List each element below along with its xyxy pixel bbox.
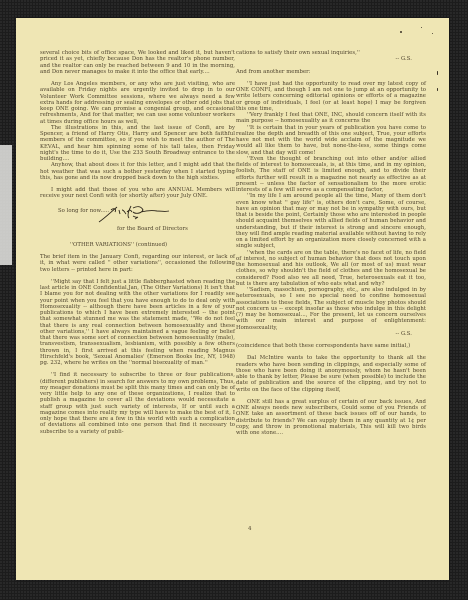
paragraph-intro: The brief item in the January Confi, reg… xyxy=(40,254,235,273)
letter-two-paragraph-5: ''In my life I am around people all the … xyxy=(236,193,426,249)
coincidence-note: (coincidence that both these corresponde… xyxy=(236,343,426,349)
paper-speck xyxy=(437,88,438,91)
letter-two-paragraph-3: ''It is certain that in your years of pu… xyxy=(236,125,426,156)
paper-speck xyxy=(437,71,438,75)
paragraph-volunteers: Any Los Angeles members, or any who are … xyxy=(40,81,235,125)
letter-two-paragraph-4: ''Even the thought of branching out into… xyxy=(236,156,426,194)
signature-block: So long for now..... xyxy=(40,206,235,226)
paragraph-clippings: Dal McIntire wants to take the opportuni… xyxy=(236,355,426,393)
paper-speck xyxy=(432,33,433,34)
paragraph-back-issues: ONE still has a great surplus of certain… xyxy=(236,399,426,437)
paper-speck xyxy=(400,31,402,33)
paragraph-weather: Anyhow, that about does it for this lett… xyxy=(40,162,235,181)
paragraph-annual-members: I might add that those of you who are AN… xyxy=(40,187,235,200)
letter-two-paragraph-6: ''when the cards are on the table, there… xyxy=(236,250,426,288)
letter-two-paragraph-7: ''Sadism, masochism, pornography, etc,, … xyxy=(236,287,426,331)
page-number: 4 xyxy=(248,526,252,532)
document-page: several choice bits of office space, We … xyxy=(16,18,449,580)
handwritten-signature xyxy=(97,202,177,224)
paragraph-illustrations: The illustrations in this, and the last … xyxy=(40,125,235,163)
paragraph-office-space: several choice bits of office space, We … xyxy=(40,50,235,75)
letter-two-paragraph-1: ''I have just had the opportunity to rea… xyxy=(236,81,426,112)
letter-one-paragraph-2: ''I find it necessary to subscribe to th… xyxy=(40,372,235,435)
letter-two-paragraph-2: ''Very frankly I feel that ONE, INC, sho… xyxy=(236,112,426,125)
scanner-edge-strip xyxy=(0,145,12,265)
letter-one-paragraph-1: ''Might say that I felt just a little fl… xyxy=(40,279,235,367)
right-column: cations to satisfy their own sexual inqu… xyxy=(236,50,426,436)
left-column: several choice bits of office space, We … xyxy=(40,50,235,435)
paper-speck xyxy=(421,27,422,28)
